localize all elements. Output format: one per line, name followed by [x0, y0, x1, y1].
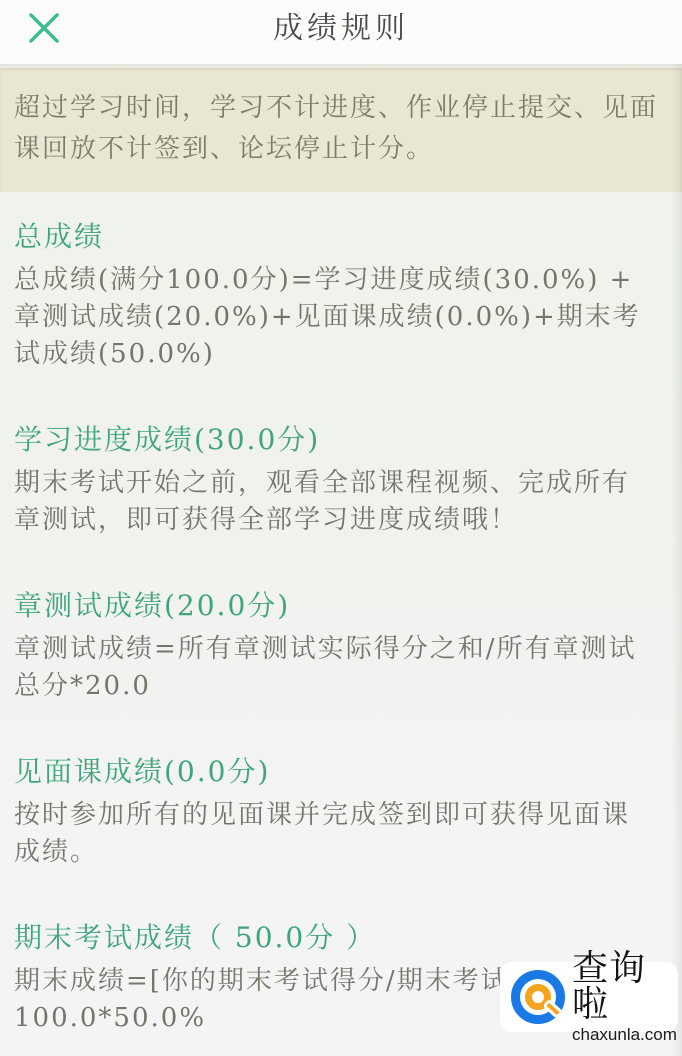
section-heading: 章测试成绩(20.0分) [14, 588, 656, 624]
section-body: 期末考试开始之前，观看全部课程视频、完成所有章测试，即可获得全部学习进度成绩哦！ [14, 465, 656, 539]
section-progress-grade: 学习进度成绩(30.0分) 期末考试开始之前，观看全部课程视频、完成所有章测试，… [14, 422, 656, 539]
section-total-grade: 总成绩 总成绩(满分100.0分)=学习进度成绩(30.0%) + 章测试成绩(… [14, 219, 656, 373]
magnifier-logo-icon [510, 969, 566, 1025]
section-heading: 期末考试成绩（ 50.0分 ） [14, 920, 656, 956]
section-heading: 学习进度成绩(30.0分) [14, 422, 656, 458]
section-body: 按时参加所有的见面课并完成签到即可获得见面课成绩。 [14, 797, 656, 871]
section-body: 总成绩(满分100.0分)=学习进度成绩(30.0%) + 章测试成绩(20.0… [14, 262, 656, 373]
section-chapter-quiz-grade: 章测试成绩(20.0分) 章测试成绩=所有章测试实际得分之和/所有章测试总分*2… [14, 588, 656, 705]
section-body: 章测试成绩=所有章测试实际得分之和/所有章测试总分*20.0 [14, 631, 656, 705]
page-title: 成绩规则 [0, 0, 682, 64]
watermark-text: 查询啦 chaxunla.com [572, 951, 677, 1043]
section-meeting-class-grade: 见面课成绩(0.0分) 按时参加所有的见面课并完成签到即可获得见面课成绩。 [14, 754, 656, 871]
watermark-name: 查询啦 [572, 951, 677, 1023]
watermark-domain: chaxunla.com [572, 1026, 677, 1043]
grade-rules-screen: 成绩规则 超过学习时间，学习不计进度、作业停止提交、见面课回放不计签到、论坛停止… [0, 0, 682, 1056]
header: 成绩规则 [0, 0, 682, 64]
rules-content: 总成绩 总成绩(满分100.0分)=学习进度成绩(30.0%) + 章测试成绩(… [0, 219, 682, 1037]
section-heading: 见面课成绩(0.0分) [14, 754, 656, 790]
notice-text: 超过学习时间，学习不计进度、作业停止提交、见面课回放不计签到、论坛停止计分。 [14, 93, 658, 164]
notice-banner: 超过学习时间，学习不计进度、作业停止提交、见面课回放不计签到、论坛停止计分。 [0, 68, 682, 192]
section-heading: 总成绩 [14, 219, 656, 255]
watermark-badge: 查询啦 chaxunla.com [500, 962, 678, 1032]
